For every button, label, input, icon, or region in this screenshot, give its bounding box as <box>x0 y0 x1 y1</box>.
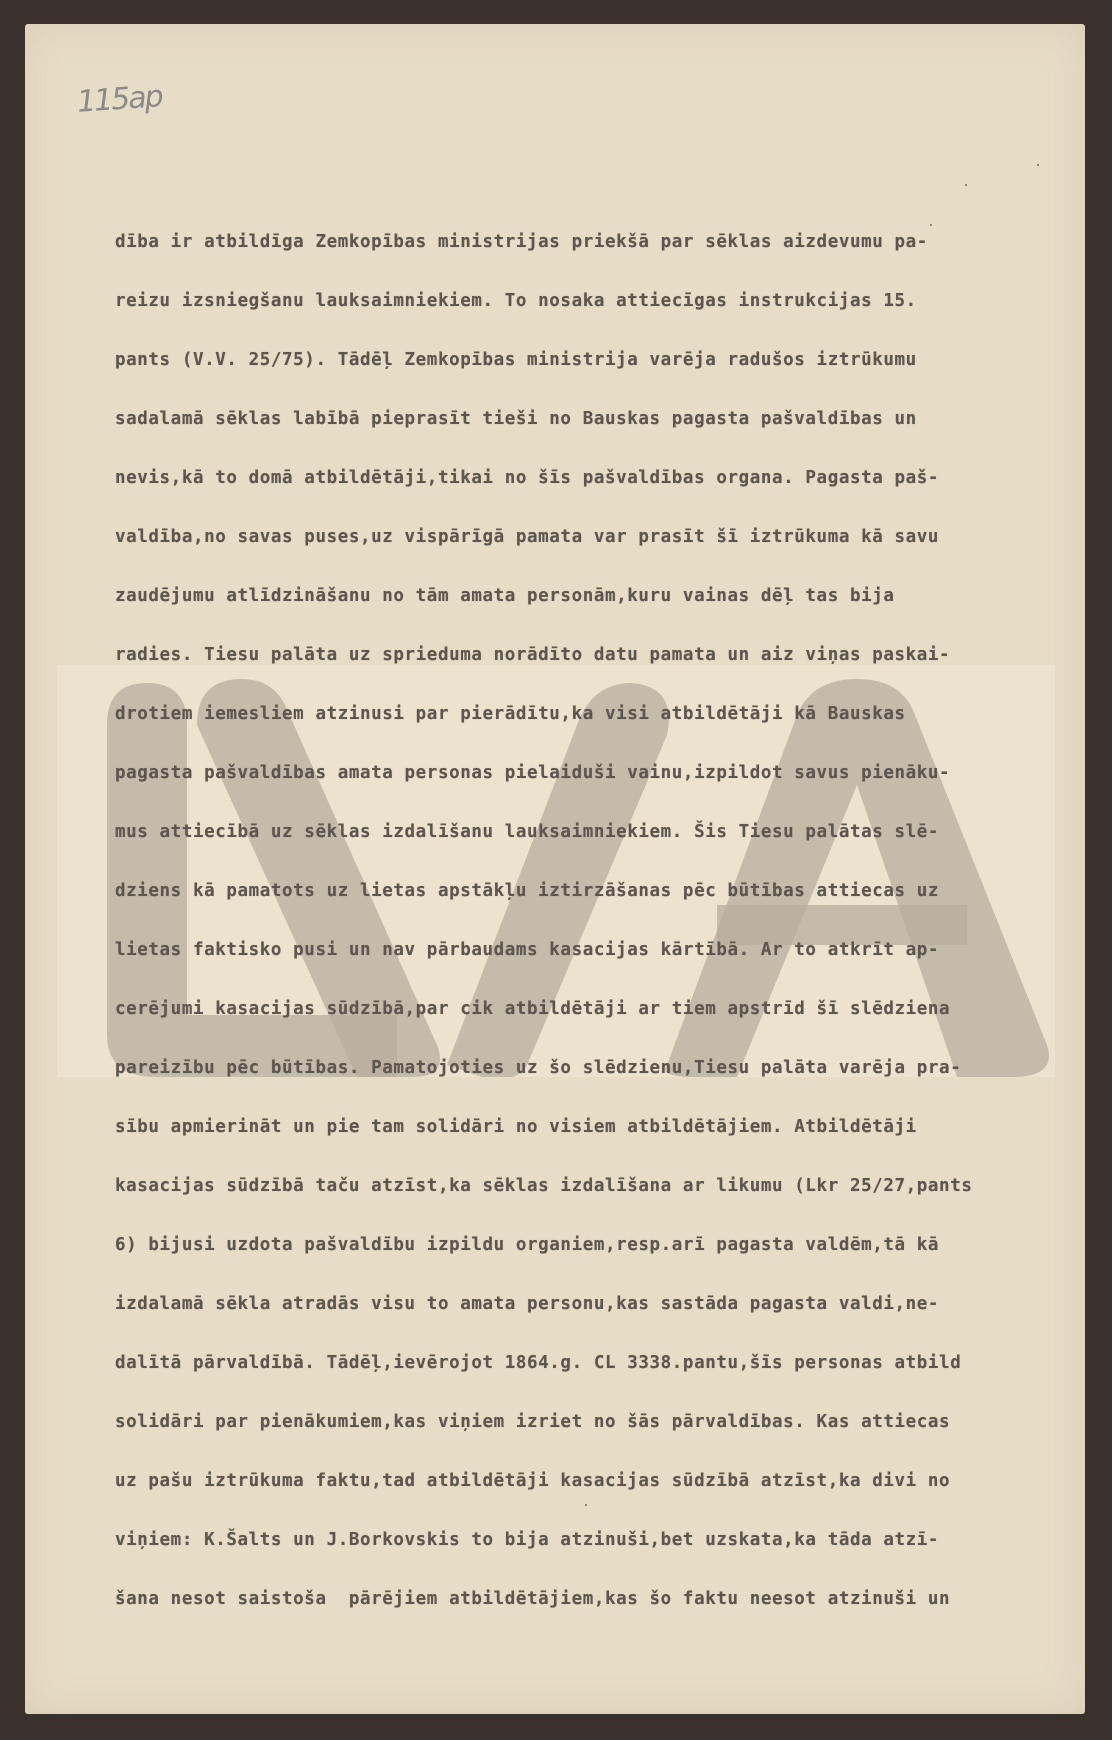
text-line: reizu izsniegšanu lauksaimniekiem. To no… <box>115 289 1015 348</box>
text-line: nevis,kā to domā atbildētāji,tikai no šī… <box>115 466 1015 525</box>
text-line: uz pašu iztrūkuma faktu,tad atbildētāji … <box>115 1469 1015 1528</box>
handwritten-page-number: 115ap <box>76 79 163 120</box>
text-line: sību apmierināt un pie tam solidāri no v… <box>115 1115 1015 1174</box>
paper-speck <box>965 184 967 186</box>
text-line: kasacijas sūdzībā taču atzīst,ka sēklas … <box>115 1174 1015 1233</box>
text-line: dziens kā pamatots uz lietas apstākļu iz… <box>115 879 1015 938</box>
text-line: sadalamā sēklas labībā pieprasīt tieši n… <box>115 407 1015 466</box>
text-line: zaudējumu atlīdzināšanu no tām amata per… <box>115 584 1015 643</box>
paper-speck <box>1037 164 1039 166</box>
text-line: cerējumi kasacijas sūdzībā,par cik atbil… <box>115 997 1015 1056</box>
text-line: šana nesot saistoša pārējiem atbildētāji… <box>115 1587 1015 1646</box>
text-line: drotiem iemesliem atzinusi par pierādītu… <box>115 702 1015 761</box>
text-line: pagasta pašvaldības amata personas piela… <box>115 761 1015 820</box>
paper-speck <box>930 224 932 226</box>
text-line: izdalamā sēkla atradās visu to amata per… <box>115 1292 1015 1351</box>
text-line: radies. Tiesu palāta uz sprieduma norādī… <box>115 643 1015 702</box>
text-line: mus attiecībā uz sēklas izdalīšanu lauks… <box>115 820 1015 879</box>
text-line: lietas faktisko pusi un nav pārbaudams k… <box>115 938 1015 997</box>
text-line: dība ir atbildīga Zemkopības ministrijas… <box>115 230 1015 289</box>
text-line: pareizību pēc būtības. Pamatojoties uz š… <box>115 1056 1015 1115</box>
text-line: pants (V.V. 25/75). Tādēļ Zemkopības min… <box>115 348 1015 407</box>
text-line: valdība,no savas puses,uz vispārīgā pama… <box>115 525 1015 584</box>
document-body: dība ir atbildīga Zemkopības ministrijas… <box>115 230 1015 1646</box>
text-line: 6) bijusi uzdota pašvaldību izpildu orga… <box>115 1233 1015 1292</box>
text-line: viņiem: K.Šalts un J.Borkovskis to bija … <box>115 1528 1015 1587</box>
text-line: solidāri par pienākumiem,kas viņiem izri… <box>115 1410 1015 1469</box>
text-line: dalītā pārvaldībā. Tādēļ,ievērojot 1864.… <box>115 1351 1015 1410</box>
